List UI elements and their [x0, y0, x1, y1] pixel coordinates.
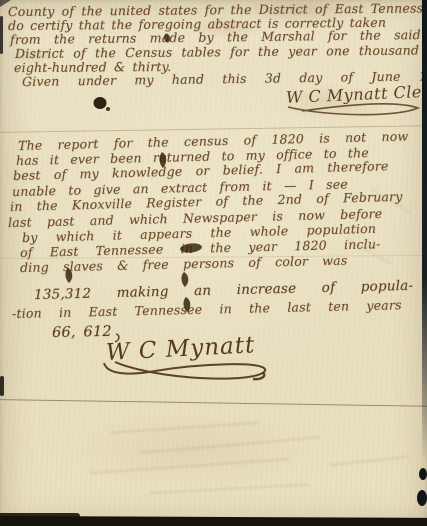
- photo-edge: [0, 16, 3, 54]
- photo-edge: [422, 0, 427, 462]
- photo-edge: [0, 376, 4, 396]
- ink-stroke-marks: [0, 0, 427, 526]
- document-page: County of the united states for the Dist…: [0, 0, 427, 526]
- document-photograph: County of the united states for the Dist…: [0, 0, 427, 526]
- photo-edge: [417, 490, 427, 506]
- photo-edge: [419, 468, 427, 480]
- photo-edge: [0, 0, 11, 7]
- photo-edge: [0, 513, 80, 518]
